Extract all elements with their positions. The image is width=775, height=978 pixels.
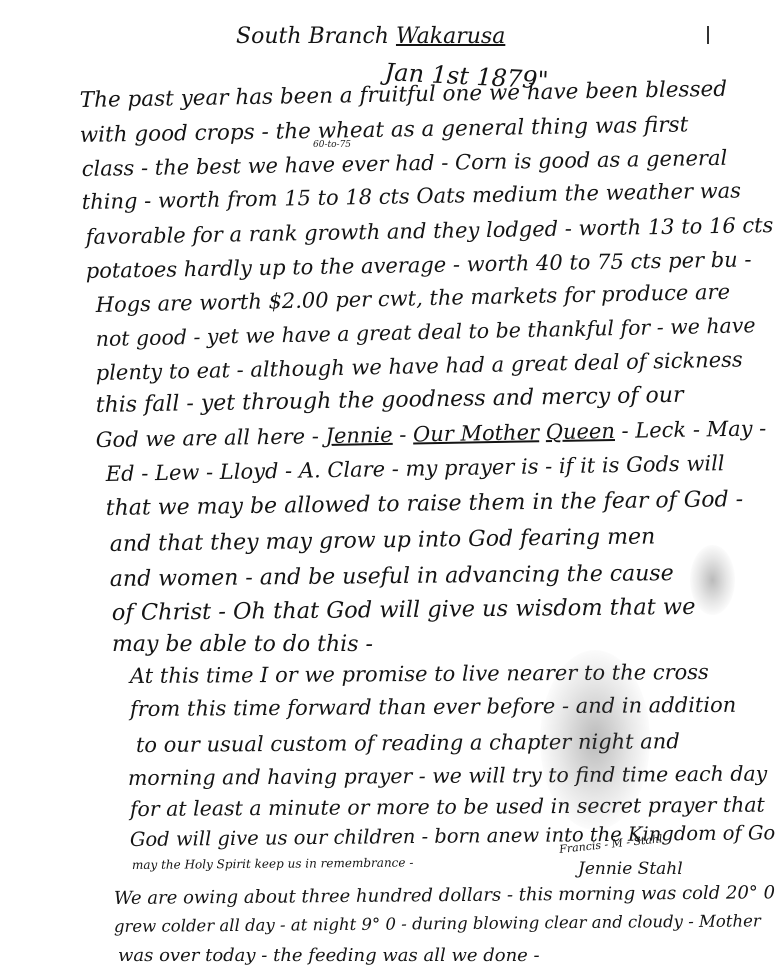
- body-line-9: plenty to eat - although we have had a g…: [95, 347, 742, 385]
- body-line-10: this fall - yet through the goodness and…: [96, 383, 684, 418]
- header-place-underlined: Wakarusa: [396, 24, 505, 49]
- body-line-16: of Christ - Oh that God will give us wis…: [112, 594, 696, 626]
- name-jennie: Jennie: [325, 423, 392, 448]
- body-line-12: Ed - Lew - Lloyd - A. Clare - my prayer …: [106, 451, 725, 486]
- name-our-mother: Our Mother: [413, 420, 539, 446]
- body-line-4: thing - worth from 15 to 18 cts Oats med…: [82, 178, 742, 214]
- body-line-26: grew colder all day - at night 9° 0 - du…: [114, 911, 761, 936]
- body-line-27: was over today - the feeding was all we …: [118, 945, 540, 966]
- body-line-13: that we may be allowed to raise them in …: [106, 487, 744, 521]
- name-queen: Queen: [546, 419, 616, 444]
- body-line-6: potatoes hardly up to the average - wort…: [86, 247, 752, 283]
- body-line-23: God will give us our children - born ane…: [130, 821, 775, 851]
- body-line-11-start: God we are all here -: [96, 424, 319, 452]
- body-line-8: not good - yet we have a great deal to b…: [95, 313, 755, 351]
- body-line-15: and women - and be useful in advancing t…: [110, 561, 674, 592]
- signature-line-2: Jennie Stahl: [578, 859, 683, 879]
- body-line-25: We are owing about three hundred dollars…: [114, 882, 775, 909]
- header-place-name: South Branch: [236, 24, 389, 49]
- body-line-3: class - the best we have ever had - Corn…: [82, 146, 728, 181]
- body-line-11: God we are all here - Jennie - Our Mothe…: [96, 416, 767, 452]
- names-after: - Leck - May -: [621, 416, 766, 443]
- ink-smudge: [540, 650, 650, 830]
- margin-mark: [707, 26, 709, 44]
- handwritten-journal-page: South Branch Wakarusa Jan 1st 1879" The …: [0, 0, 775, 978]
- body-line-17: may be able to do this -: [112, 632, 373, 657]
- price-annotation: 60-to-75: [313, 140, 351, 150]
- body-line-5: favorable for a rank growth and they lod…: [86, 213, 774, 249]
- body-line-21: morning and having prayer - we will try …: [128, 762, 767, 790]
- body-line-22: for at least a minute or more to be used…: [130, 793, 765, 821]
- body-line-14: and that they may grow up into God feari…: [110, 524, 656, 557]
- header-place: South Branch Wakarusa: [236, 24, 505, 49]
- body-line-2: with good crops - the wheat as a general…: [80, 112, 689, 148]
- ink-smudge-small: [690, 545, 735, 615]
- body-line-1: The past year has been a fruitful one we…: [80, 77, 728, 113]
- body-line-24: may the Holy Spirit keep us in remembran…: [132, 856, 414, 872]
- body-line-7: Hogs are worth $2.00 per cwt, the market…: [95, 280, 730, 317]
